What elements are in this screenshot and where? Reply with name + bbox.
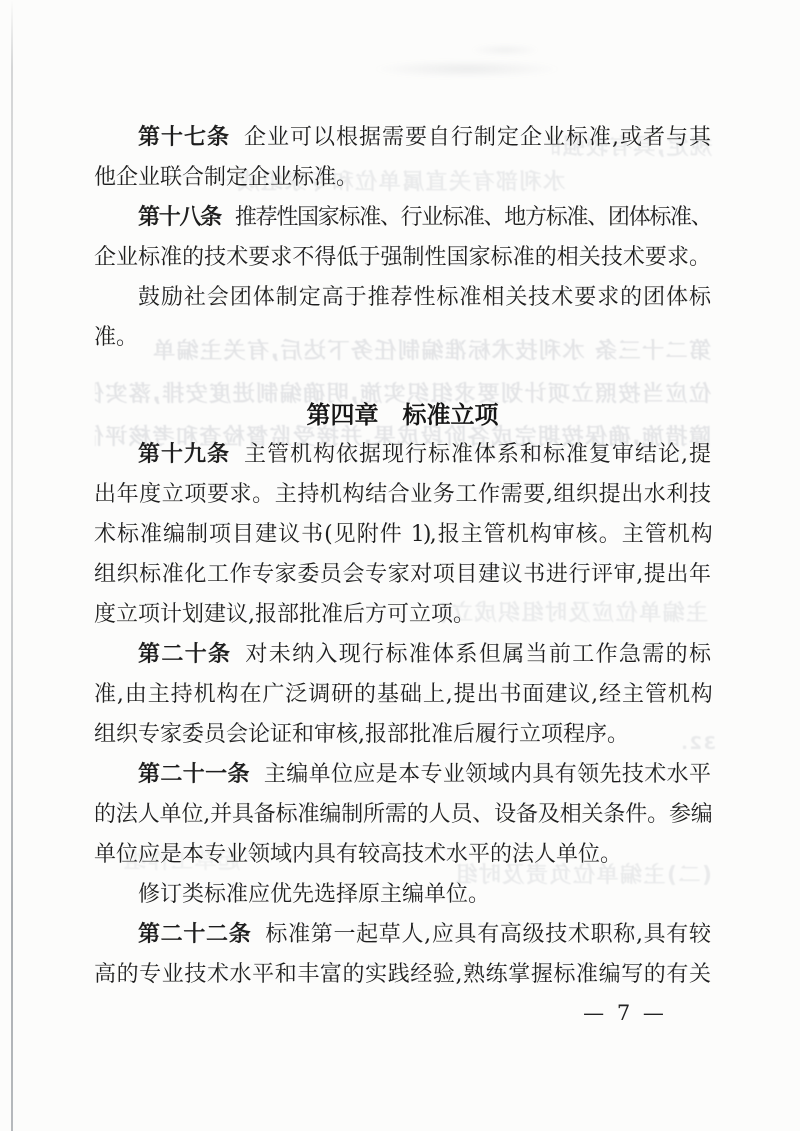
line-text: 术标准编制项目建议书(见附件 1),报主管机构审核。主管机构	[94, 522, 711, 547]
text-line: 组织专家委员会论证和审核,报部批准后履行立项程序。	[94, 715, 711, 755]
line-text: 准。	[94, 325, 138, 350]
text-line: 准。	[94, 318, 711, 358]
line-text: 组织标准化工作专家委员会专家对项目建议书进行评审,提出年	[94, 562, 711, 587]
text-line: 单位应是本专业领域内具有较高技术水平的法人单位。	[94, 835, 711, 875]
line-text: 主编单位应是本专业领域内具有领先技术水平	[264, 762, 711, 787]
chapter-number: 第四章	[307, 401, 379, 429]
text-line: 第二十一条主编单位应是本专业领域内具有领先技术水平	[94, 755, 711, 795]
text-line: 第十九条主管机构依据现行标准体系和标准复审结论,提	[94, 435, 711, 475]
text-line: 修订类标准应优先选择原主编单位。	[94, 875, 711, 915]
line-text: 准,由主持机构在广泛调研的基础上,提出书面建议,经主管机构	[94, 682, 711, 707]
text-line: 度立项计划建议,报部批准后方可立项。	[94, 595, 711, 635]
line-text: 企业标准的技术要求不得低于强制性国家标准的相关技术要求。	[94, 245, 711, 270]
article-number: 第十八条	[138, 205, 221, 230]
line-text: 单位应是本专业领域内具有较高技术水平的法人单位。	[94, 842, 622, 867]
line-text: 出年度立项要求。主持机构结合业务工作需要,组织提出水利技	[94, 482, 711, 507]
line-text: 标准第一起草人,应具有高级技术职称,具有较	[265, 922, 711, 947]
text-line: 鼓励社会团体制定高于推荐性标准相关技术要求的团体标	[94, 278, 711, 318]
line-text: 修订类标准应优先选择原主编单位。	[138, 882, 490, 907]
article-number: 第二十一条	[138, 762, 250, 787]
text-line: 第二十二条标准第一起草人,应具有高级技术职称,具有较	[94, 915, 711, 955]
line-text: 企业可以根据需要自行制定企业标准,或者与其	[244, 125, 711, 150]
chapter-title: 标准立项	[403, 401, 499, 429]
text-line: 第十七条企业可以根据需要自行制定企业标准,或者与其	[94, 118, 711, 158]
line-text: 度立项计划建议,报部批准后方可立项。	[94, 602, 475, 627]
line-text: 的法人单位,并具备标准编制所需的人员、设备及相关条件。参编	[94, 802, 711, 827]
line-text: 高的专业技术水平和丰富的实践经验,熟练掌握标准编写的有关	[94, 962, 711, 987]
text-line: 组织标准化工作专家委员会专家对项目建议书进行评审,提出年	[94, 555, 711, 595]
line-text: 鼓励社会团体制定高于推荐性标准相关技术要求的团体标	[138, 285, 711, 310]
article-number: 第十九条	[138, 442, 230, 467]
page-number: — 7 —	[555, 993, 695, 1033]
text-line: 术标准编制项目建议书(见附件 1),报主管机构审核。主管机构	[94, 515, 711, 555]
text-line: 高的专业技术水平和丰富的实践经验,熟练掌握标准编写的有关	[94, 955, 711, 995]
document-page: 规定,具有较强的 水利部有关直属单位和专家组成一 第二十三条 水利技术标准编制任…	[0, 0, 800, 1131]
line-text: 主管机构依据现行标准体系和标准复审结论,提	[244, 442, 711, 467]
article-number: 第二十条	[138, 642, 231, 667]
article-number: 第二十二条	[138, 922, 251, 947]
text-line: 企业标准的技术要求不得低于强制性国家标准的相关技术要求。	[94, 238, 711, 278]
scan-smudge	[470, 44, 540, 56]
document-body: 第十七条企业可以根据需要自行制定企业标准,或者与其 他企业联合制定企业标准。 第…	[94, 118, 711, 995]
line-text: 他企业联合制定企业标准。	[94, 165, 358, 190]
line-text: 推荐性国家标准、行业标准、地方标准、团体标准、	[235, 205, 711, 230]
text-line: 第十八条推荐性国家标准、行业标准、地方标准、团体标准、	[94, 198, 711, 238]
line-text: 组织专家委员会论证和审核,报部批准后履行立项程序。	[94, 722, 629, 747]
text-line: 他企业联合制定企业标准。	[94, 158, 711, 198]
text-line: 出年度立项要求。主持机构结合业务工作需要,组织提出水利技	[94, 475, 711, 515]
line-text: 对未纳入现行标准体系但属当前工作急需的标	[245, 642, 711, 667]
text-line: 第二十条对未纳入现行标准体系但属当前工作急需的标	[94, 635, 711, 675]
text-line: 准,由主持机构在广泛调研的基础上,提出书面建议,经主管机构	[94, 675, 711, 715]
text-line: 的法人单位,并具备标准编制所需的人员、设备及相关条件。参编	[94, 795, 711, 835]
article-number: 第十七条	[138, 125, 230, 150]
chapter-heading: 第四章标准立项	[94, 395, 711, 435]
scan-smudge	[372, 60, 562, 78]
scan-edge-line	[11, 0, 13, 1131]
